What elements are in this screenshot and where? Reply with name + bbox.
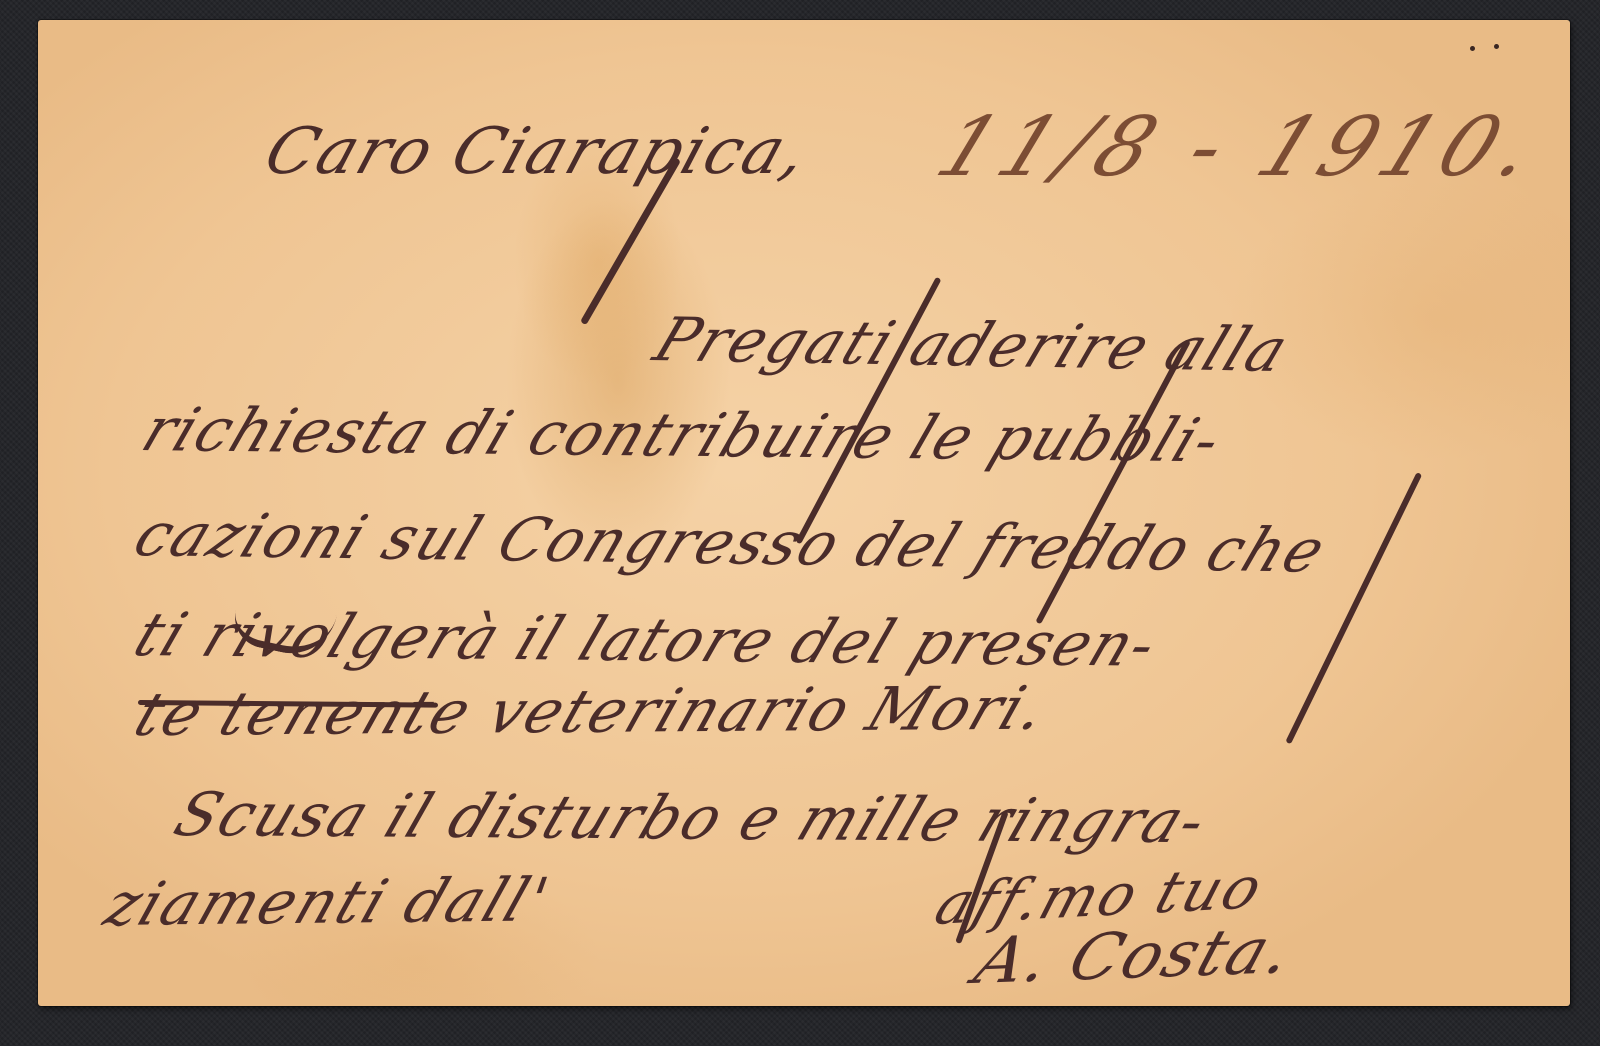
date: 11/8 - 1910. xyxy=(924,100,1557,195)
body-line-7: ziamenti dall' xyxy=(96,865,559,940)
body-line-2: richiesta di contribuire le pubbli- xyxy=(133,395,1232,476)
signature: A. Costa. xyxy=(966,914,1304,999)
ink-spot xyxy=(1494,44,1499,49)
pen-stroke-ascender xyxy=(1285,472,1422,744)
body-line-6: Scusa il disturbo e mille ringra- xyxy=(165,780,1217,857)
body-line-3: cazioni sul Congresso del freddo che xyxy=(125,500,1337,587)
postcard: Caro Ciarapica, 11/8 - 1910. Pregati ade… xyxy=(38,20,1570,1006)
greeting: Caro Ciarapica, xyxy=(256,115,819,189)
ink-spot xyxy=(1470,46,1475,51)
body-line-5: te tenente veterinario Mori. xyxy=(126,674,1058,750)
body-line-1: Pregati aderire alla xyxy=(645,305,1299,386)
